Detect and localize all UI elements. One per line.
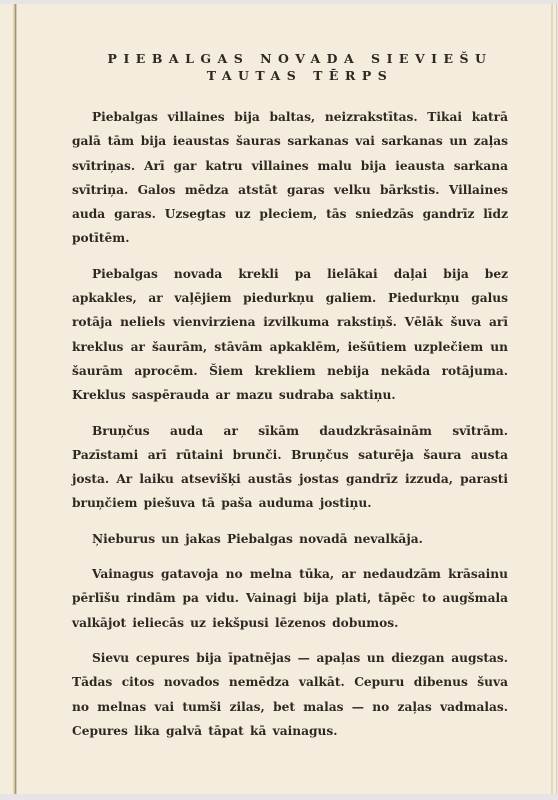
paragraph-cepures: Sievu cepures bija īpatnējas — apaļas un… [72,646,508,743]
paragraph-niebururs: Ņieburus un jakas Piebalgas novadā neval… [72,527,508,551]
page-right-edge [551,4,553,794]
paragraph-vainagi: Vainagus gatavoja no melna tūka, ar neda… [72,562,508,635]
paragraph-krekli: Piebalgas novada krekli pa lielākai daļa… [72,262,508,408]
paragraph-brunci: Bruņčus auda ar sīkām daudzkrāsainām svī… [72,419,508,516]
page-fold-line [13,4,17,794]
paragraph-villaines: Piebalgas villaines bija baltas, neizrak… [72,105,508,251]
document-body: Piebalgas villaines bija baltas, neizrak… [72,105,508,754]
title-line-2: TAUTAS TĒRPS [70,67,530,84]
title-line-1: PIEBALGAS NOVADA SIEVIEŠU [70,50,530,67]
document-title: PIEBALGAS NOVADA SIEVIEŠU TAUTAS TĒRPS [70,50,530,84]
document-page: PIEBALGAS NOVADA SIEVIEŠU TAUTAS TĒRPS P… [0,4,557,794]
